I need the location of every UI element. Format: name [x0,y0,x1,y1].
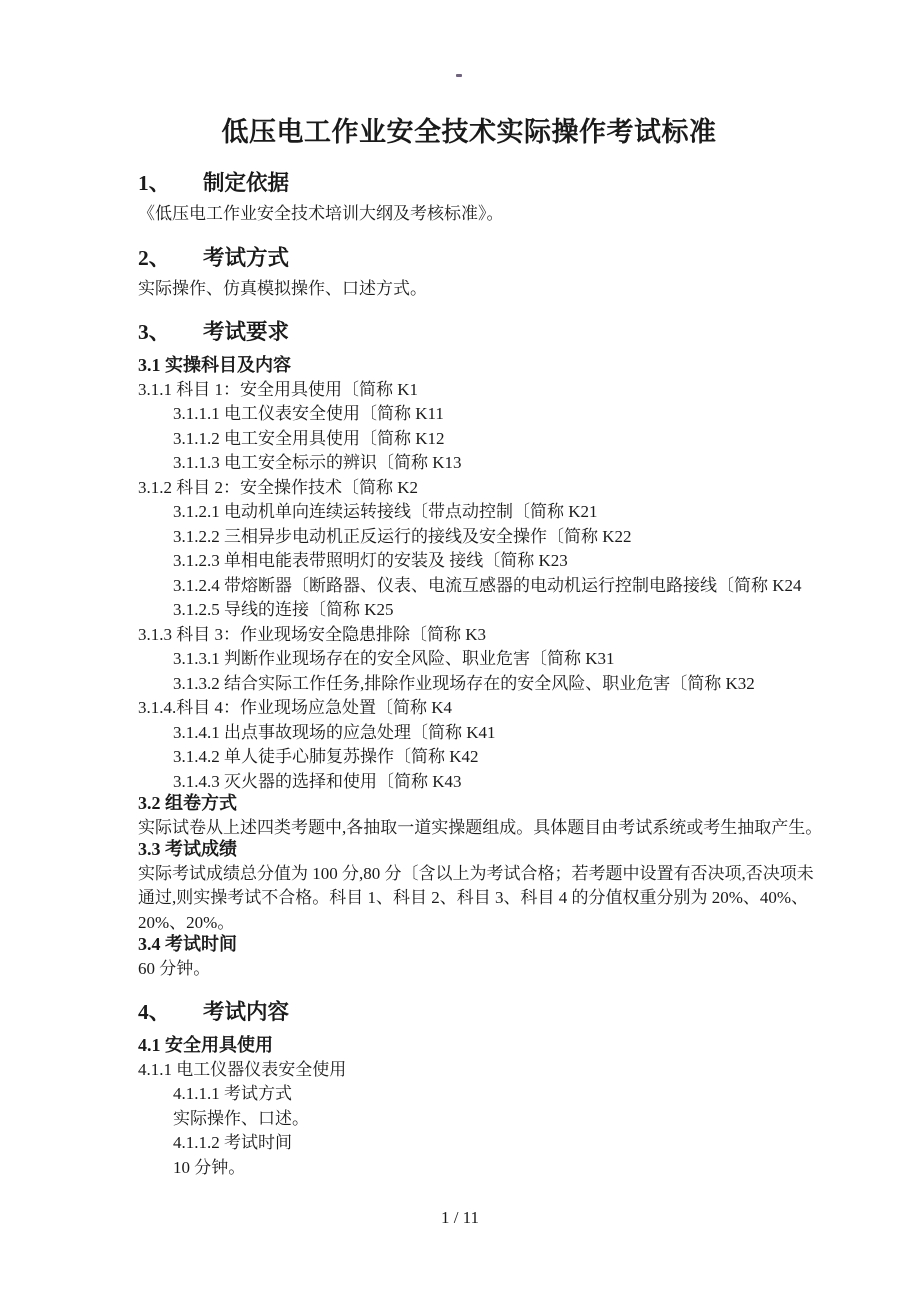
body-line: 3.1.1.2 电工安全用具使用〔简称 K12 [138,427,800,452]
body-line: 3.1.3 科目 3：作业现场安全隐患排除〔简称 K3 [138,623,800,648]
chapter-title-text: 考试方式 [203,246,289,270]
body-line: 3.1.2.1 电动机单向连续运转接线〔带点动控制〔简称 K21 [138,500,800,525]
chapter-number: 3、 [138,317,203,347]
body-line: 3.1.2.4 带熔断器〔断路器、仪表、电流互感器的电动机运行控制电路接线〔简称… [138,574,800,599]
chapter-title-text: 考试要求 [203,320,289,344]
sub-heading: 3.1 实操科目及内容 [138,353,800,378]
body-line: 3.1.1.3 电工安全标示的辨识〔简称 K13 [138,451,800,476]
sub-heading: 3.4 考试时间 [138,932,800,957]
body-paragraph: 60 分钟。 [138,957,800,982]
body-line: 3.1.2.3 单相电能表带照明灯的安装及 接线〔简称 K23 [138,549,800,574]
chapter-heading: 4、考试内容 [138,997,800,1027]
document-content: 低压电工作业安全技术实际操作考试标准1、制定依据《低压电工作业安全技术培训大纲及… [138,0,800,1180]
sub-heading: 3.2 组卷方式 [138,791,800,816]
body-line: 实际考试成绩总分值为 100 分,80 分〔含以上为考试合格；若考题中设置有否决… [138,862,800,887]
chapter-heading: 3、考试要求 [138,317,800,347]
body-paragraph: 实际操作、仿真模拟操作、口述方式。 [138,277,800,302]
body-line: 3.1.4.科目 4：作业现场应急处置〔简称 K4 [138,696,800,721]
body-line: 3.1.4.2 单人徒手心肺复苏操作〔简称 K42 [138,745,800,770]
body-line: 3.1.1.1 电工仪表安全使用〔简称 K11 [138,402,800,427]
document-page: 低压电工作业安全技术实际操作考试标准1、制定依据《低压电工作业安全技术培训大纲及… [0,0,920,1302]
chapter-title-text: 制定依据 [203,171,289,195]
body-line: 3.1.2.5 导线的连接〔简称 K25 [138,598,800,623]
body-line: 10 分钟。 [138,1156,800,1181]
chapter-number: 2、 [138,243,203,273]
chapter-title-text: 考试内容 [203,1000,289,1024]
body-line: 3.1.3.2 结合实际工作任务,排除作业现场存在的安全风险、职业危害〔简称 K… [138,672,800,697]
body-line: 4.1.1.2 考试时间 [138,1131,800,1156]
chapter-number: 4、 [138,997,203,1027]
page-number-footer: 1 / 11 [0,1206,920,1230]
body-line: 3.1.1 科目 1：安全用具使用〔简称 K1 [138,378,800,403]
chapter-number: 1、 [138,168,203,198]
body-line: 通过,则实操考试不合格。科目 1、科目 2、科目 3、科目 4 的分值权重分别为… [138,886,800,911]
chapter-heading: 2、考试方式 [138,243,800,273]
sub-heading: 3.3 考试成绩 [138,837,800,862]
body-line: 3.1.3.1 判断作业现场存在的安全风险、职业危害〔简称 K31 [138,647,800,672]
body-line: 3.1.2 科目 2：安全操作技术〔简称 K2 [138,476,800,501]
body-paragraph: 《低压电工作业安全技术培训大纲及考核标准》。 [138,202,800,227]
sub-heading: 4.1 安全用具使用 [138,1033,800,1058]
body-line: 4.1.1.1 考试方式 [138,1082,800,1107]
chapter-heading: 1、制定依据 [138,168,800,198]
body-line: 3.1.4.1 出点事故现场的应急处理〔简称 K41 [138,721,800,746]
body-line: 3.1.2.2 三相异步电动机正反运行的接线及安全操作〔简称 K22 [138,525,800,550]
body-line: 4.1.1 电工仪器仪表安全使用 [138,1058,800,1083]
body-paragraph: 实际试卷从上述四类考题中,各抽取一道实操题组成。具体题目由考试系统或考生抽取产生… [138,816,800,841]
body-line: 实际操作、口述。 [138,1107,800,1132]
document-title: 低压电工作业安全技术实际操作考试标准 [138,112,800,152]
